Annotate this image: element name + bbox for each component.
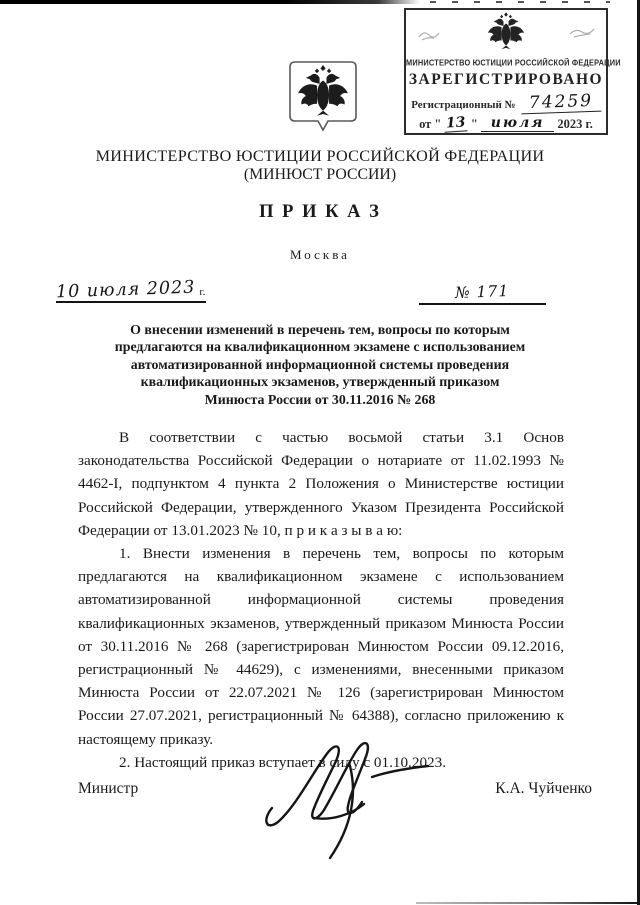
stamp-ministry-line: МИНИСТЕРСТВО ЮСТИЦИИ РОССИЙСКОЙ ФЕДЕРАЦИ…: [406, 57, 606, 67]
scan-top-edge-artifact: [0, 0, 420, 4]
order-title-line: Минюста России от 30.11.2016 № 268: [54, 392, 586, 409]
stamp-date-year: 2023 г.: [557, 117, 593, 132]
order-title-line: предлагаются на квалификационном экзамен…: [54, 339, 586, 356]
stamp-scribble-right-icon: [568, 24, 596, 40]
document-number-handwritten: № 171: [455, 282, 510, 302]
stamp-date-line: от " 13 " июля 2023 г.: [406, 115, 606, 132]
registration-stamp: МИНИСТЕРСТВО ЮСТИЦИИ РОССИЙСКОЙ ФЕДЕРАЦИ…: [404, 8, 608, 135]
document-number-field: № 171: [419, 283, 546, 305]
signer-role-label: Министр: [78, 780, 138, 798]
minister-signature-icon: [260, 732, 440, 864]
stamp-reg-number-label: Регистрационный №: [411, 99, 515, 113]
order-title: О внесении изменений в перечень тем, воп…: [54, 322, 586, 409]
stamp-double-headed-eagle-icon: [486, 12, 526, 50]
stamp-date-month: июля: [481, 115, 555, 132]
stamp-date-day: 13: [444, 114, 469, 133]
document-date-field: 10 июля 2023 г.: [56, 280, 206, 303]
order-item-1: 1. Внести изменения в перечень тем, вопр…: [78, 542, 564, 751]
ministry-title: МИНИСТЕРСТВО ЮСТИЦИИ РОССИЙСКОЙ ФЕДЕРАЦИ…: [0, 147, 640, 166]
stamp-date-quote: ": [471, 117, 478, 132]
order-body: В соответствии с частью восьмой статьи 3…: [78, 426, 564, 774]
order-title-line: автоматизированной информационной систем…: [54, 357, 586, 374]
coat-of-arms-icon: [289, 61, 357, 132]
order-title-line: квалификационных экзаменов, утвержденный…: [54, 374, 586, 391]
document-type-heading: П Р И К А З: [0, 202, 640, 223]
scan-top-edge-dots: [430, 1, 610, 3]
signer-name: К.А. Чуйченко: [495, 780, 592, 798]
scan-bottom-edge-artifact: [416, 902, 640, 904]
ministry-short-title: (МИНЮСТ РОССИИ): [0, 166, 640, 184]
stamp-scribble-left-icon: [418, 28, 444, 42]
stamp-reg-number-value: 74259: [520, 91, 601, 115]
stamp-registered-label: ЗАРЕГИСТРИРОВАНО: [406, 71, 606, 89]
stamp-registration-number-line: Регистрационный № 74259: [406, 92, 606, 113]
city-label: Москва: [0, 247, 640, 263]
intro-paragraph: В соответствии с частью восьмой статьи 3…: [78, 426, 564, 542]
document-date-suffix: г.: [199, 286, 205, 298]
stamp-date-prefix: от ": [419, 117, 441, 132]
order-title-line: О внесении изменений в перечень тем, воп…: [54, 322, 586, 339]
document-date-handwritten: 10 июля 2023: [56, 278, 196, 303]
stamp-head: [406, 10, 606, 55]
scanned-order-page: МИНИСТЕРСТВО ЮСТИЦИИ РОССИЙСКОЙ ФЕДЕРАЦИ…: [0, 0, 640, 905]
